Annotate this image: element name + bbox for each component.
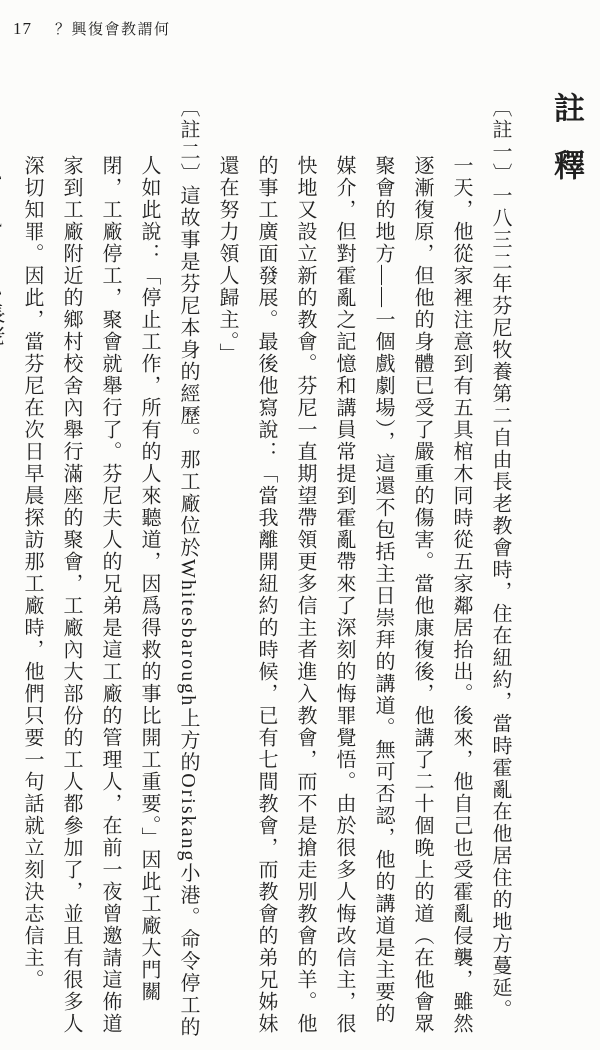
page-header: 17 ？興復會教謂何	[13, 18, 171, 39]
section-title: 註釋	[546, 92, 586, 206]
page-number: 17	[13, 19, 32, 39]
note-2: 〔註二〕這故事是芬尼本身的經歷。那工廠位於Whitesbarough上方的Ori…	[0, 97, 207, 1039]
note-1: 〔註一〕一八三二年芬尼牧養第二自由長老教會時，住在紐約，當時霍亂在他居住的地方蔓…	[207, 97, 519, 1039]
running-head: ？興復會教謂何	[55, 18, 171, 39]
notes-body: 〔註一〕一八三二年芬尼牧養第二自由長老教會時，住在紐約，當時霍亂在他居住的地方蔓…	[6, 97, 519, 1039]
book-page: 17 ？興復會教謂何 註釋 〔註一〕一八三二年芬尼牧養第二自由長老教會時，住在紐…	[0, 0, 600, 1050]
